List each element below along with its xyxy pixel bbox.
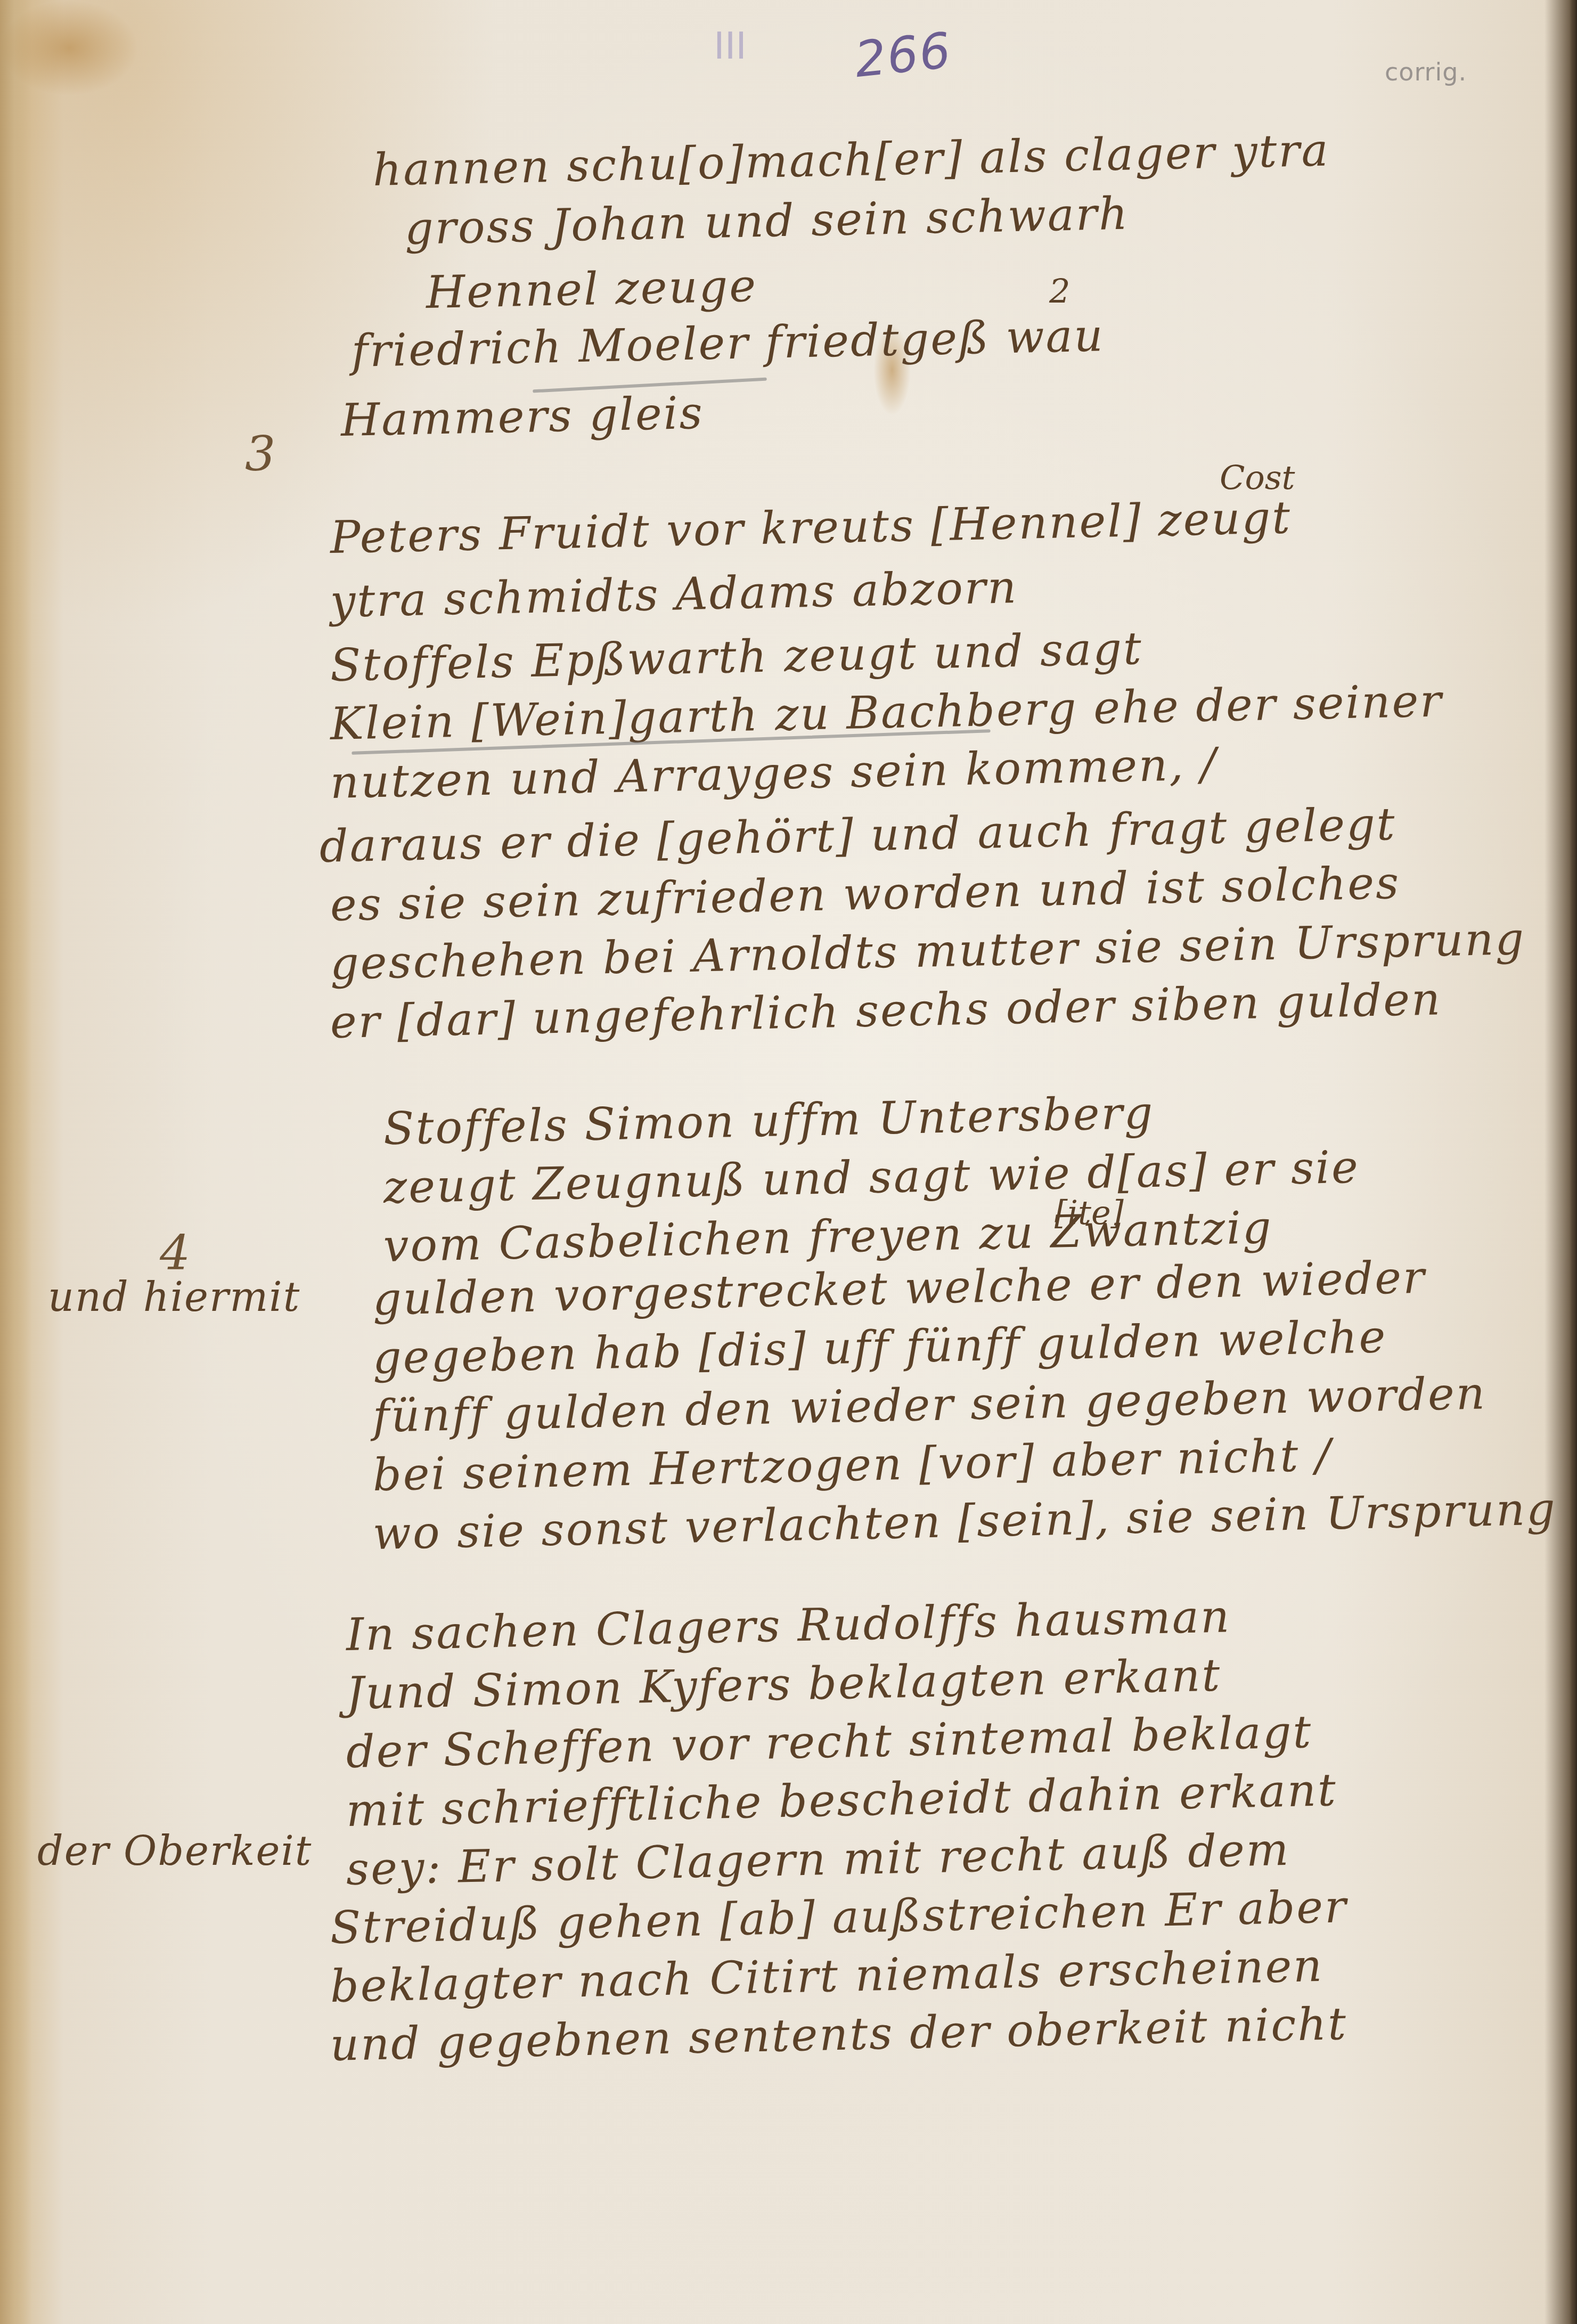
margin-number: 3 xyxy=(245,426,275,482)
pencil-annotation: corrig. xyxy=(1385,58,1467,86)
margin-note: der Oberkeit xyxy=(37,1827,312,1874)
folio-number: 266 xyxy=(852,22,954,88)
text-line: Stoffels Simon uffm Untersberg xyxy=(383,1087,1155,1155)
text-line: Hennel zeuge xyxy=(426,259,758,319)
text-line: Stoffels Epßwarth zeugt und sagt xyxy=(330,622,1143,691)
manuscript-page: III 266 corrig. hannen schu[o]mach[er] a… xyxy=(0,0,1577,2324)
faint-old-folio-number: III xyxy=(714,24,747,68)
text-line: Jund Simon Kyfers beklagten erkant xyxy=(346,1649,1222,1719)
binding-edge xyxy=(0,0,32,2324)
text-line: gross Johan und sein schwarh xyxy=(404,187,1130,255)
text-line: In sachen Clagers Rudolffs hausman xyxy=(346,1590,1231,1661)
superscript-mark: 2 xyxy=(1049,272,1070,311)
text-line: Peters Fruidt vor kreuts [Hennel] zeugt xyxy=(330,491,1292,564)
text-line: ytra schmidts Adams abzorn xyxy=(330,561,1018,627)
page-edge-shadow xyxy=(1570,0,1577,2324)
text-line: hannen schu[o]mach[er] als clager ytra xyxy=(372,124,1330,196)
corner-stain xyxy=(0,0,138,96)
text-line: friedrich Moeler friedtgeß wau xyxy=(351,309,1105,377)
text-line: Hammers gleis xyxy=(340,387,705,446)
margin-note: und hiermit xyxy=(48,1273,300,1320)
